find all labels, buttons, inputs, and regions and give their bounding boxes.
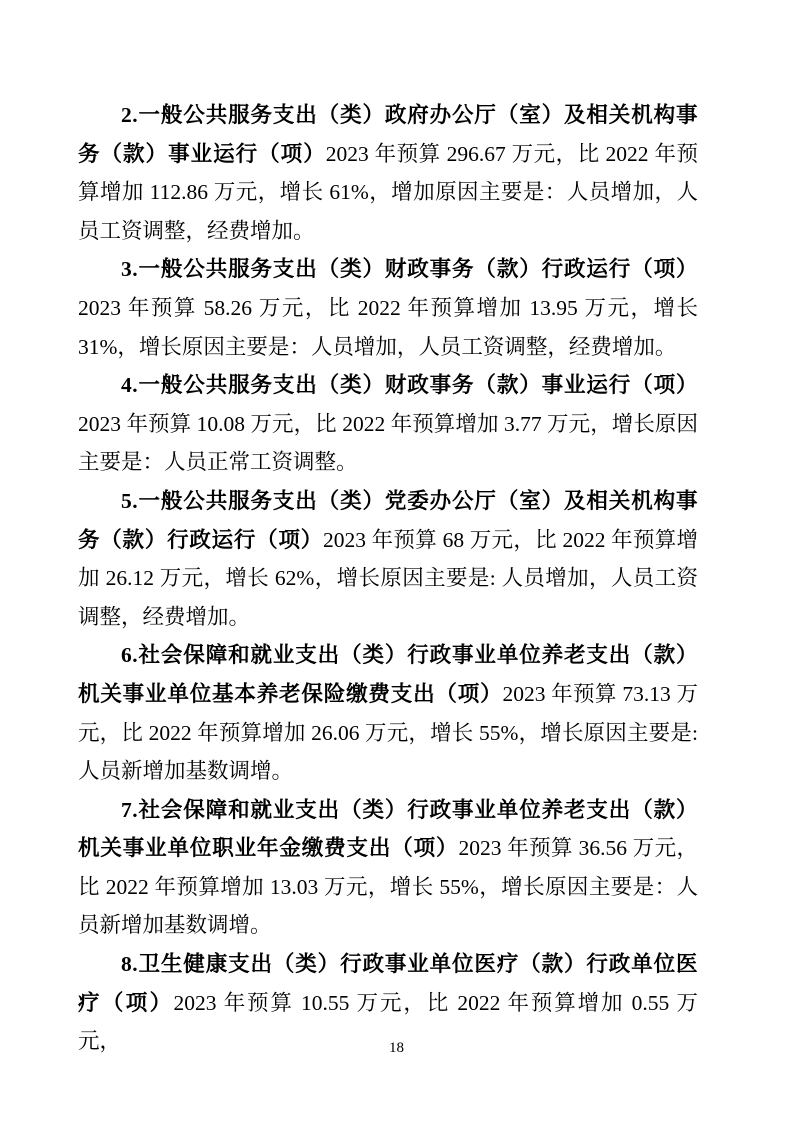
budget-item-paragraph: 3.一般公共服务支出（类）财政事务（款）行政运行（项）2023 年预算 58.2… bbox=[78, 250, 698, 366]
document-body: 2.一般公共服务支出（类）政府办公厅（室）及相关机构事务（款）事业运行（项）20… bbox=[78, 96, 698, 1061]
budget-item-body: 2023 年预算 10.08 万元，比 2022 年预算增加 3.77 万元，增… bbox=[78, 412, 698, 475]
budget-item-body: 2023 年预算 58.26 万元，比 2022 年预算增加 13.95 万元，… bbox=[78, 296, 698, 359]
budget-item-paragraph: 6.社会保障和就业支出（类）行政事业单位养老支出（款）机关事业单位基本养老保险缴… bbox=[78, 636, 698, 790]
page-number: 18 bbox=[0, 1038, 793, 1058]
document-page: 2.一般公共服务支出（类）政府办公厅（室）及相关机构事务（款）事业运行（项）20… bbox=[0, 0, 793, 1122]
budget-item-heading: 4.一般公共服务支出（类）财政事务（款）事业运行（项） bbox=[121, 373, 698, 397]
budget-item-paragraph: 4.一般公共服务支出（类）财政事务（款）事业运行（项）2023 年预算 10.0… bbox=[78, 366, 698, 482]
budget-item-paragraph: 7.社会保障和就业支出（类）行政事业单位养老支出（款）机关事业单位职业年金缴费支… bbox=[78, 791, 698, 945]
budget-item-paragraph: 5.一般公共服务支出（类）党委办公厅（室）及相关机构事务（款）行政运行（项）20… bbox=[78, 482, 698, 636]
budget-item-heading: 3.一般公共服务支出（类）财政事务（款）行政运行（项） bbox=[121, 257, 698, 281]
budget-item-paragraph: 2.一般公共服务支出（类）政府办公厅（室）及相关机构事务（款）事业运行（项）20… bbox=[78, 96, 698, 250]
